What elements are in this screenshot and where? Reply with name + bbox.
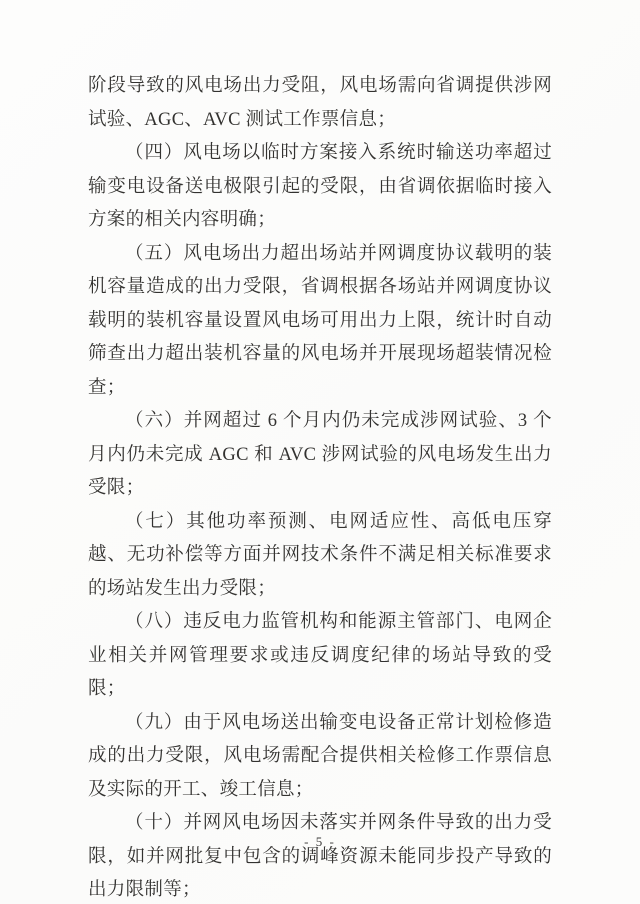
paragraph: （七）其他功率预测、电网适应性、高低电压穿越、无功补偿等方面并网技术条件不满足相… bbox=[88, 506, 552, 607]
paragraph: （九）由于风电场送出输变电设备正常计划检修造成的出力受限，风电场需配合提供相关检… bbox=[88, 707, 552, 808]
paragraph: （十）并网风电场因未落实并网条件导致的出力受限，如并网批复中包含的调峰资源未能同… bbox=[88, 807, 552, 904]
paragraph: （五）风电场出力超出场站并网调度协议载明的装机容量造成的出力受限，省调根据各场站… bbox=[88, 238, 552, 406]
paragraph: （六）并网超过 6 个月内仍未完成涉网试验、3 个月内仍未完成 AGC 和 AV… bbox=[88, 405, 552, 506]
document-page: 阶段导致的风电场出力受阻，风电场需向省调提供涉网试验、AGC、AVC 测试工作票… bbox=[0, 0, 640, 904]
paragraph: （八）违反电力监管机构和能源主管部门、电网企业相关并网管理要求或违反调度纪律的场… bbox=[88, 606, 552, 707]
document-body: 阶段导致的风电场出力受阻，风电场需向省调提供涉网试验、AGC、AVC 测试工作票… bbox=[88, 70, 552, 904]
paragraph: 阶段导致的风电场出力受阻，风电场需向省调提供涉网试验、AGC、AVC 测试工作票… bbox=[88, 70, 552, 137]
paragraph: （四）风电场以临时方案接入系统时输送功率超过输变电设备送电极限引起的受限，由省调… bbox=[88, 137, 552, 238]
page-number: - 5 - bbox=[0, 834, 640, 850]
